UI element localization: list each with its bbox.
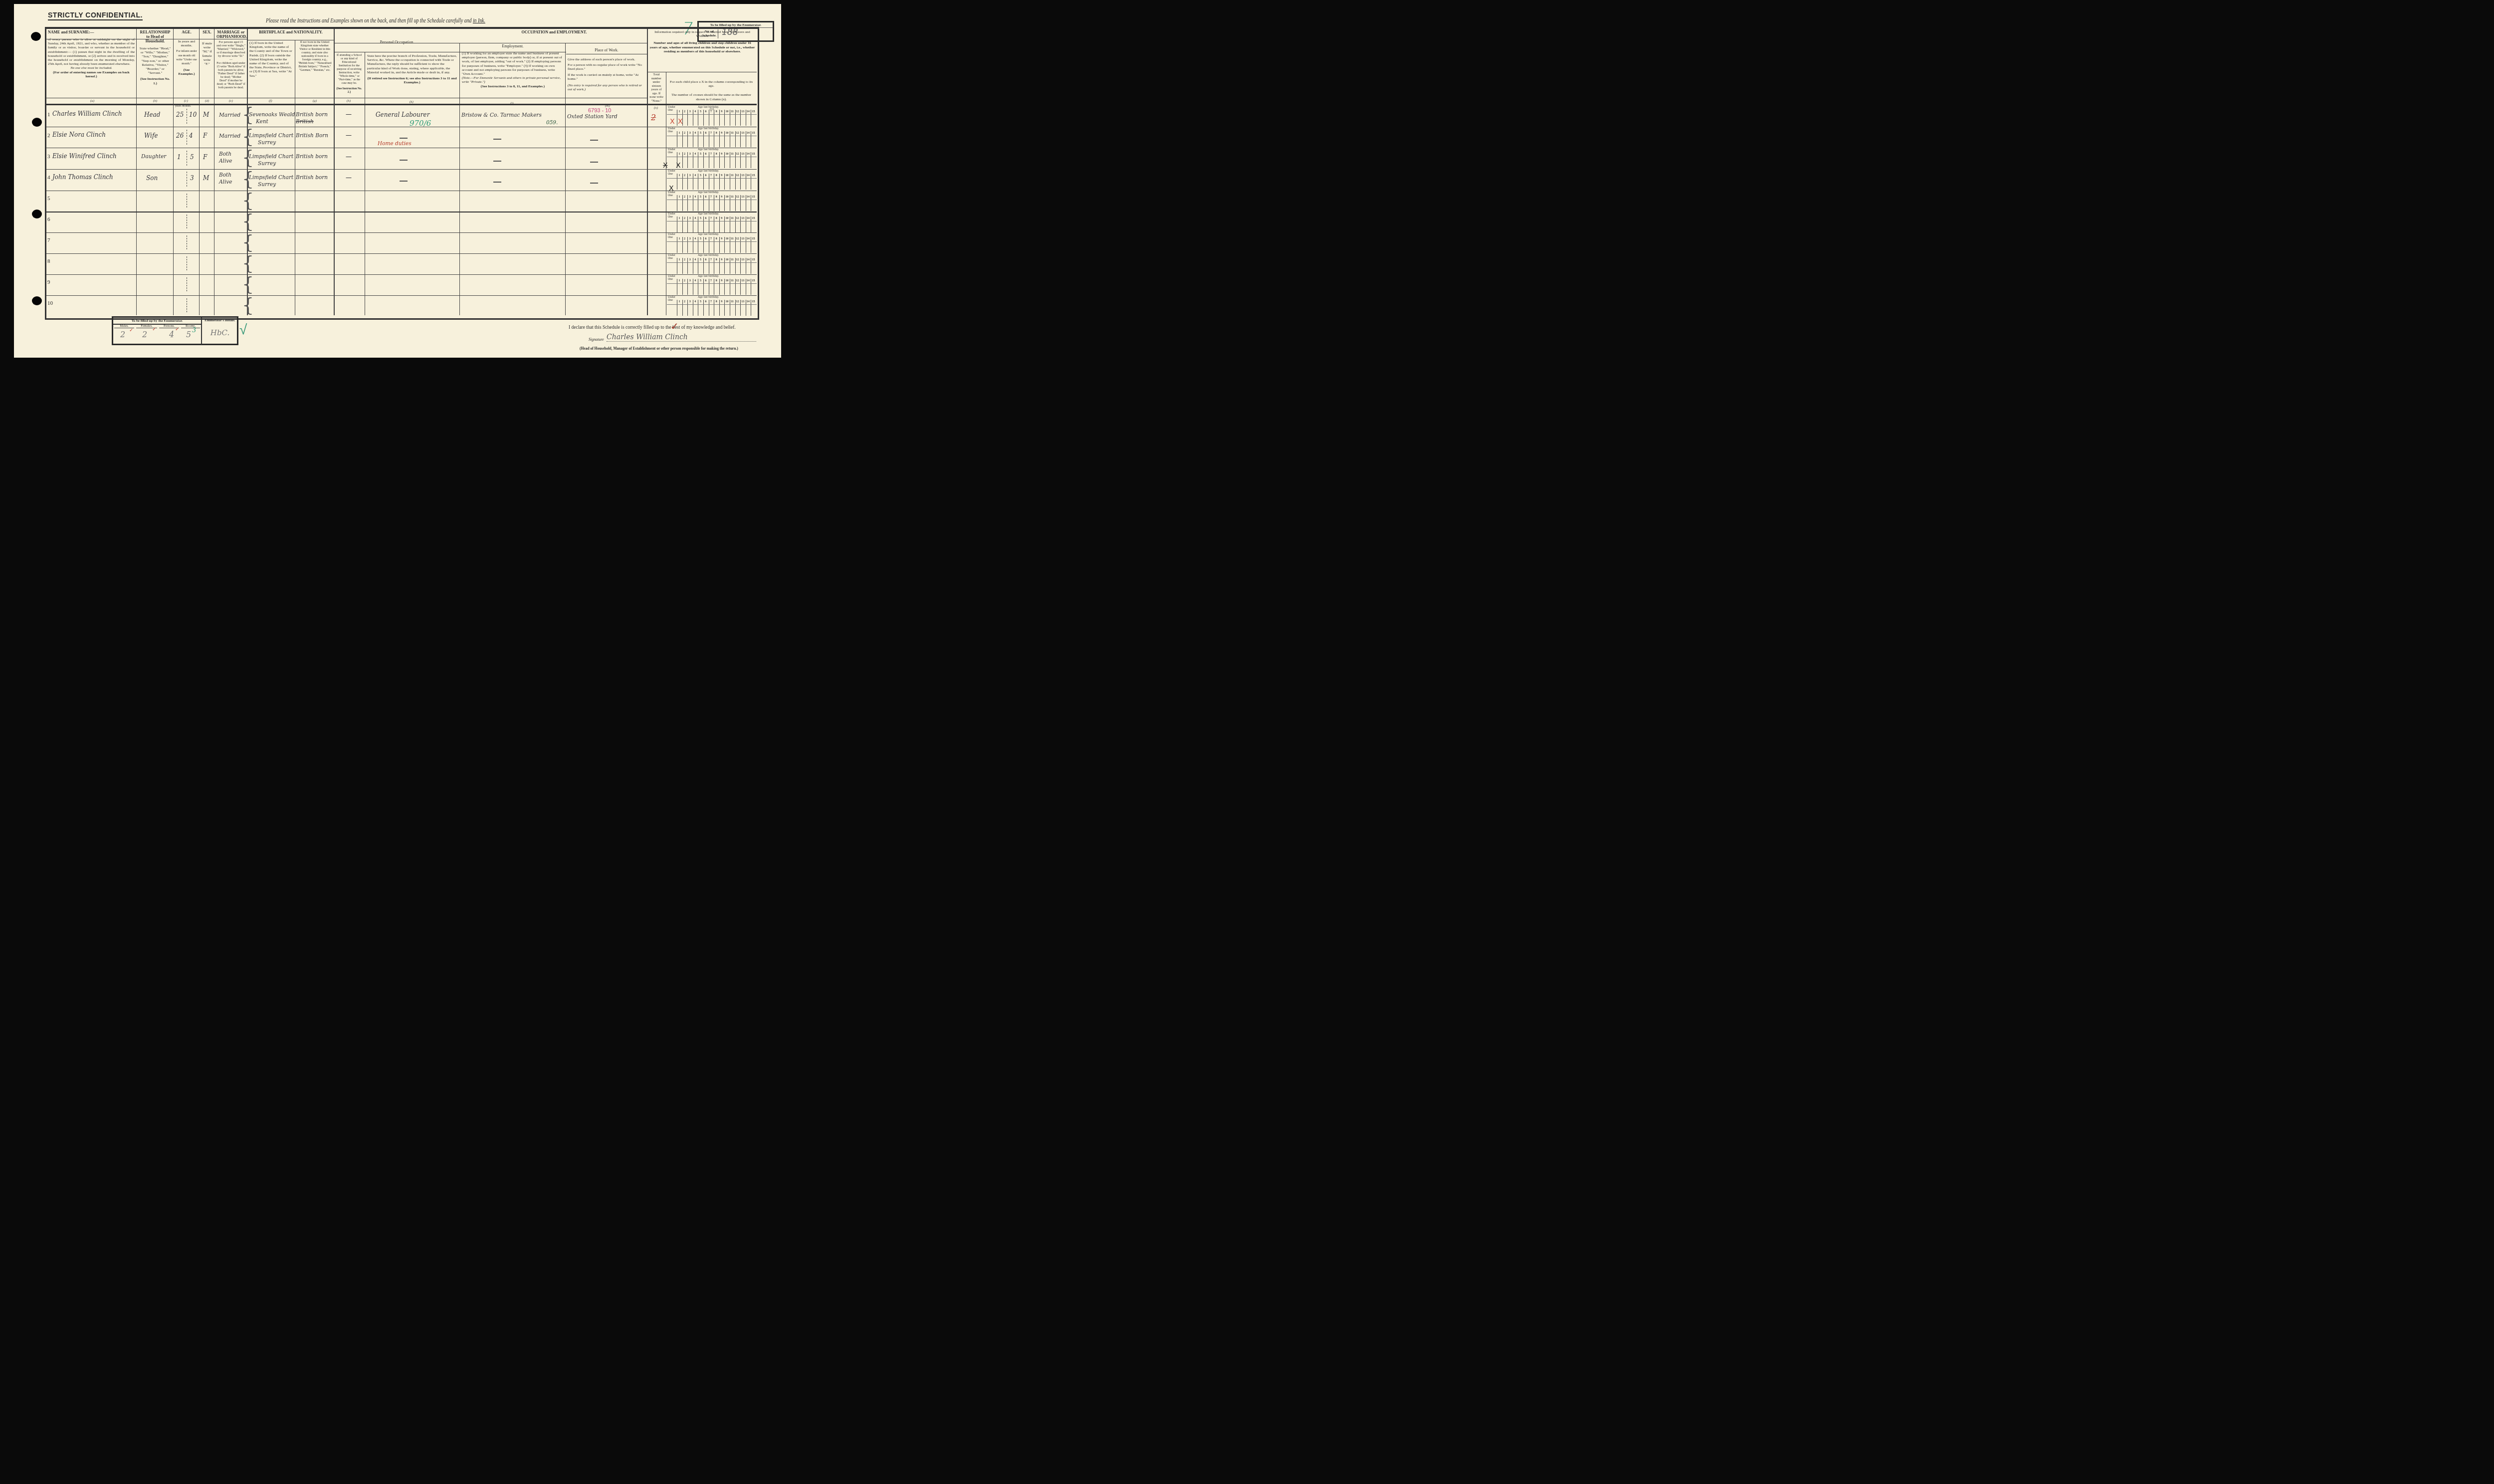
header-birthplace: (1) If born in the United Kingdom, write… <box>248 40 295 79</box>
header-children-instructions: For each child place a X in the column c… <box>667 79 756 102</box>
rooms-label: Rooms. <box>181 324 200 328</box>
row-number: 7 <box>47 237 50 243</box>
birthplace-county[interactable]: Surrey <box>258 161 276 167</box>
age-grid: Under OneAge last birthday.1234567891011… <box>667 212 757 232</box>
row-number: 8 <box>47 258 50 264</box>
age-subheader: years. months. <box>175 105 191 108</box>
row-number: 6 <box>47 216 50 222</box>
enumerator-box: To be filled up by the Enumerator. Males… <box>112 316 238 345</box>
sex[interactable]: M <box>203 111 209 118</box>
header-place-body2: For a person with no regular place of wo… <box>568 63 645 71</box>
header-personal-occupation-body: State here the precise branch of Profess… <box>367 54 457 74</box>
occupation[interactable]: General Labourer <box>376 111 429 118</box>
education[interactable]: — <box>346 111 352 118</box>
age-grid: Under OneAge last birthday.1234567891011… <box>667 127 757 147</box>
enumerator-initials-cell: Enumerator's Initials. HbC. <box>201 318 238 345</box>
rooms-value[interactable]: 5 <box>186 330 191 339</box>
age-column-label: 15 <box>750 217 756 220</box>
signature-field[interactable]: Charles William Clinch <box>607 333 756 342</box>
birthplace[interactable]: Limpsfield Chart <box>249 175 293 181</box>
age-last-birthday-label: Age last birthday. <box>698 212 719 215</box>
header-birthplace-group: BIRTHPLACE and NATIONALITY. <box>248 29 334 35</box>
place-of-work[interactable]: Oxted Station Yard <box>567 114 618 120</box>
age-last-birthday-label: Age last birthday. <box>698 127 719 130</box>
under-one-label: Under One <box>668 170 677 176</box>
header-employment-title: Employment. <box>462 44 564 48</box>
header-age-title: AGE. <box>176 30 198 34</box>
place-code: 6793 - 10 <box>588 108 611 114</box>
education[interactable]: — <box>346 153 352 160</box>
header-nationality: If not born in the United Kingdom state … <box>296 40 334 73</box>
age-last-birthday-label: Age last birthday. <box>698 191 719 194</box>
age-column-label: 15 <box>750 279 756 282</box>
personal-occupation-title: Personal Occupation. <box>336 40 458 44</box>
age-last-birthday-label: Age last birthday. <box>698 296 719 299</box>
col-letter-e: (e) <box>229 99 233 103</box>
header-marriage-title: MARRIAGE or ORPHANHOOD. <box>216 30 245 39</box>
header-relationship-body: State whether "Head," or "Wife," "Mother… <box>139 46 172 75</box>
row-number: 9 <box>47 279 50 285</box>
age-last-birthday-label: Age last birthday. <box>698 170 719 173</box>
census-schedule-page: STRICTLY CONFIDENTIAL. Please read the I… <box>14 4 781 358</box>
header-place-note: (No entry is required for any person who… <box>568 83 645 91</box>
age-column-label: 15 <box>750 258 756 261</box>
nationality-struck: British <box>296 119 314 125</box>
sex[interactable]: F <box>203 132 207 139</box>
header-age-see: (See Examples.) <box>176 68 198 76</box>
instruction-ink: in Ink. <box>473 18 485 24</box>
punch-hole <box>31 32 41 41</box>
age-column-label: 15 <box>750 132 756 135</box>
header-children-instr2: The number of crosses should be the same… <box>668 93 754 101</box>
check-icon: ✓ <box>175 327 179 332</box>
header-age-body: In years and months. <box>176 39 198 47</box>
age-years[interactable]: 1 <box>177 154 181 161</box>
signature-footer: (Head of Household, Manager of Establish… <box>580 346 738 351</box>
nationality[interactable]: British Born <box>296 133 328 139</box>
under-one-label: Under One <box>668 275 677 281</box>
header-place-body3: If the work is carried on mainly at home… <box>568 73 645 81</box>
age-last-birthday-label: Age last birthday. <box>698 275 719 278</box>
enumerator-box-title: To be filled up by the Enumerator. <box>113 318 201 325</box>
header-children-title: Information required only in respect of … <box>649 30 755 38</box>
header-education: If attending a School or any kind of Edu… <box>335 53 364 95</box>
age-years[interactable]: 25 <box>176 111 184 118</box>
header-sex: SEX. If male write "M," if female write … <box>200 29 214 67</box>
nationality[interactable]: British born <box>296 175 328 181</box>
age-column-label: 15 <box>750 110 756 113</box>
initials-label: Enumerator's Initials. <box>202 319 238 322</box>
header-education-see: (See Instruction No. 2.) <box>336 87 362 94</box>
header-birthplace-title: BIRTHPLACE and NATIONALITY. <box>249 30 332 34</box>
header-name-note: No one else must be included. <box>48 66 135 70</box>
header-employment-body: (1) If working for an employer state the… <box>462 51 564 76</box>
header-relationship-title: RELATIONSHIP to Head of Household. <box>139 30 172 43</box>
occupation-code: 970/6 <box>410 119 431 128</box>
birthplace-county[interactable]: Surrey <box>258 182 276 188</box>
person-name[interactable]: Elsie Winifred Clinch <box>52 153 117 160</box>
header-name-order: (For order of entering names see Example… <box>48 70 135 78</box>
birthplace-county[interactable]: Kent <box>256 119 268 125</box>
under-one-label: Under One <box>668 254 677 260</box>
under-one-label: Under One <box>668 191 677 197</box>
header-employment: Employment. (1) If working for an employ… <box>460 43 565 89</box>
age-last-birthday-label: Age last birthday. <box>698 233 719 236</box>
birthplace[interactable]: Limpsfield Chart <box>249 133 293 139</box>
header-employment-see: (See Instructions 3 to 8, 11, and Exampl… <box>462 84 564 88</box>
education[interactable]: — <box>346 132 352 139</box>
age-months[interactable]: 4 <box>189 132 193 139</box>
check-icon: ✓ <box>129 328 133 333</box>
header-name-title: NAME and SURNAME:— <box>48 30 135 34</box>
age-grid: Under OneAge last birthday.1234567891011… <box>667 148 757 168</box>
birthplace-county[interactable]: Surrey <box>258 140 276 146</box>
header-occupation-group: OCCUPATION and EMPLOYMENT. <box>335 29 644 35</box>
education[interactable]: — <box>346 174 352 181</box>
header-personal-occupation: State here the precise branch of Profess… <box>366 53 458 85</box>
persons-value[interactable]: 4 <box>169 330 174 339</box>
col-letter-b: (b) <box>153 99 157 103</box>
relationship[interactable]: Son <box>146 175 158 182</box>
age-last-birthday-label: Age last birthday. <box>698 148 719 151</box>
header-education-body: If attending a School or any kind of Edu… <box>336 54 362 85</box>
header-personal-occupation-title: Personal Occupation. <box>335 39 459 45</box>
header-children-instr1: For each child place a X in the column c… <box>668 80 754 88</box>
header-occupation-title: OCCUPATION and EMPLOYMENT. <box>466 30 642 34</box>
age-months[interactable]: 5 <box>190 154 194 161</box>
row-number: 2 <box>47 133 50 139</box>
header-name-body: of every person who is alive at midnight… <box>48 37 135 66</box>
check-icon: ✓ <box>152 327 156 332</box>
age-grid: Under OneAge last birthday.1234567891011… <box>667 233 757 253</box>
header-relationship-see: (See Instruction No. 1.) <box>139 77 172 85</box>
age-grid: Under OneAge last birthday.1234567891011… <box>667 191 757 211</box>
employer-code: 059. <box>546 120 558 126</box>
females-value[interactable]: 2 <box>142 330 147 339</box>
marriage-status[interactable]: Married <box>219 112 240 118</box>
check-icon: √ <box>239 321 247 338</box>
under-one-label: Under One <box>668 127 677 133</box>
under-one-label: Under One <box>668 212 677 218</box>
header-personal-occupation-see: (If retired see Instruction 6; see also … <box>367 76 457 84</box>
marriage-status[interactable]: Married <box>219 133 240 139</box>
row-number: 5 <box>47 196 50 202</box>
marriage-status[interactable]: Both Alive <box>219 172 239 186</box>
males-value[interactable]: 2 <box>120 330 125 339</box>
person-name[interactable]: Elsie Nora Clinch <box>52 131 106 138</box>
instruction-line: Please read the Instructions and Example… <box>266 18 485 24</box>
page-title: STRICTLY CONFIDENTIAL. <box>48 11 143 20</box>
header-sex-title: SEX. <box>202 30 212 34</box>
header-children-body: Number and ages of all living children a… <box>649 41 755 53</box>
header-age: AGE. In years and months. For infants un… <box>174 29 199 77</box>
col-letter-h: (h) <box>347 99 351 103</box>
header-sex-body: If male write "M," if female write "F." <box>202 41 212 66</box>
row-number: 10 <box>47 300 53 306</box>
col-letter-c: (c) <box>184 99 188 103</box>
punch-hole <box>32 210 42 218</box>
header-employment-note: (Note.—For Domestic Servants and others … <box>462 76 564 84</box>
relationship[interactable]: Daughter <box>141 154 166 160</box>
occupation-note: Home duties <box>378 141 412 147</box>
header-children: Information required only in respect of … <box>648 29 757 54</box>
age-months-label: months. <box>182 105 191 108</box>
person-name[interactable]: John Thomas Clinch <box>52 174 113 181</box>
header-marriage-body1: For persons aged 15 and over write "Sing… <box>216 41 245 58</box>
under-one-label: Under One <box>668 233 677 239</box>
age-years-label: years. <box>175 105 182 108</box>
nationality[interactable]: British born <box>296 112 328 118</box>
under-one-label: Under One <box>668 106 677 112</box>
age-column-label: 15 <box>750 196 756 199</box>
col-letter-k: (k) <box>410 100 414 104</box>
relationship[interactable]: Wife <box>144 132 158 139</box>
person-name[interactable]: Charles William Clinch <box>52 110 122 117</box>
header-place-title: Place of Work. <box>568 48 645 52</box>
header-name: NAME and SURNAME:— of every person who i… <box>46 29 136 79</box>
signature-label: Signature <box>589 337 604 342</box>
sex[interactable]: M <box>203 175 209 182</box>
col-letter-d: (d) <box>205 99 209 103</box>
header-age-infants: For infants under one month old write "U… <box>176 49 198 66</box>
instruction-text: Please read the Instructions and Example… <box>266 18 471 24</box>
row-number: 4 <box>47 175 50 181</box>
col-letter-n: (n) <box>654 106 658 110</box>
col-letter-a: (a) <box>90 99 94 103</box>
col-letter-f: (f) <box>269 99 272 103</box>
age-grid: Under OneAge last birthday.1234567891011… <box>667 296 757 316</box>
age-column-label: 15 <box>750 237 756 240</box>
employer[interactable]: Bristow & Co. Tarmac Makers <box>461 112 542 118</box>
rooms-corrected-value: 3 <box>192 327 196 334</box>
age-grid: Under OneAge last birthday.1234567891011… <box>667 106 757 126</box>
sex[interactable]: F <box>203 154 207 161</box>
age-column-label: 15 <box>750 300 756 303</box>
marriage-status[interactable]: Both Alive <box>219 151 239 165</box>
initials-value[interactable]: HbC. <box>202 328 238 337</box>
age-last-birthday-label: Age last birthday. <box>698 254 719 257</box>
age-grid: Under OneAge last birthday.1234567891011… <box>667 170 757 190</box>
nationality[interactable]: British born <box>296 154 328 160</box>
header-children-total: Total number under sixteen years of age.… <box>648 72 665 104</box>
age-column-label: 15 <box>750 153 756 156</box>
header-relationship: RELATIONSHIP to Head of Household. State… <box>137 29 173 86</box>
under-one-label: Under One <box>668 296 677 302</box>
age-months[interactable]: 3 <box>190 175 194 182</box>
under-one-label: Under One <box>668 148 677 154</box>
age-column-label: 15 <box>750 174 756 177</box>
row-number: 1 <box>47 112 50 118</box>
declaration-text: I declare that this Schedule is correctl… <box>569 325 736 330</box>
birthplace[interactable]: Sevenoaks Weald <box>249 112 295 118</box>
check-icon: ✓ <box>670 320 679 333</box>
census-table: NAME and SURNAME:— of every person who i… <box>45 27 759 320</box>
age-grid: Under OneAge last birthday.1234567891011… <box>667 275 757 295</box>
col-letter-g: (g) <box>313 99 317 103</box>
age-years[interactable]: 26 <box>176 132 184 139</box>
header-marriage-body2: For children aged under 15 write "Both A… <box>216 62 245 90</box>
header-marriage: MARRIAGE or ORPHANHOOD. For persons aged… <box>215 29 247 91</box>
header-place-body1: Give the address of each person's place … <box>568 57 645 61</box>
row-number: 3 <box>47 154 50 160</box>
punch-hole <box>32 296 42 305</box>
age-grid: Under OneAge last birthday.1234567891011… <box>667 254 757 274</box>
punch-hole <box>32 118 42 127</box>
age-months[interactable]: 10 <box>189 111 197 118</box>
age-last-birthday-label: Age last birthday. <box>698 106 719 109</box>
children-total[interactable]: 2 <box>651 113 656 122</box>
birthplace[interactable]: Limpsfield Chart <box>249 154 293 160</box>
relationship[interactable]: Head <box>144 111 160 118</box>
